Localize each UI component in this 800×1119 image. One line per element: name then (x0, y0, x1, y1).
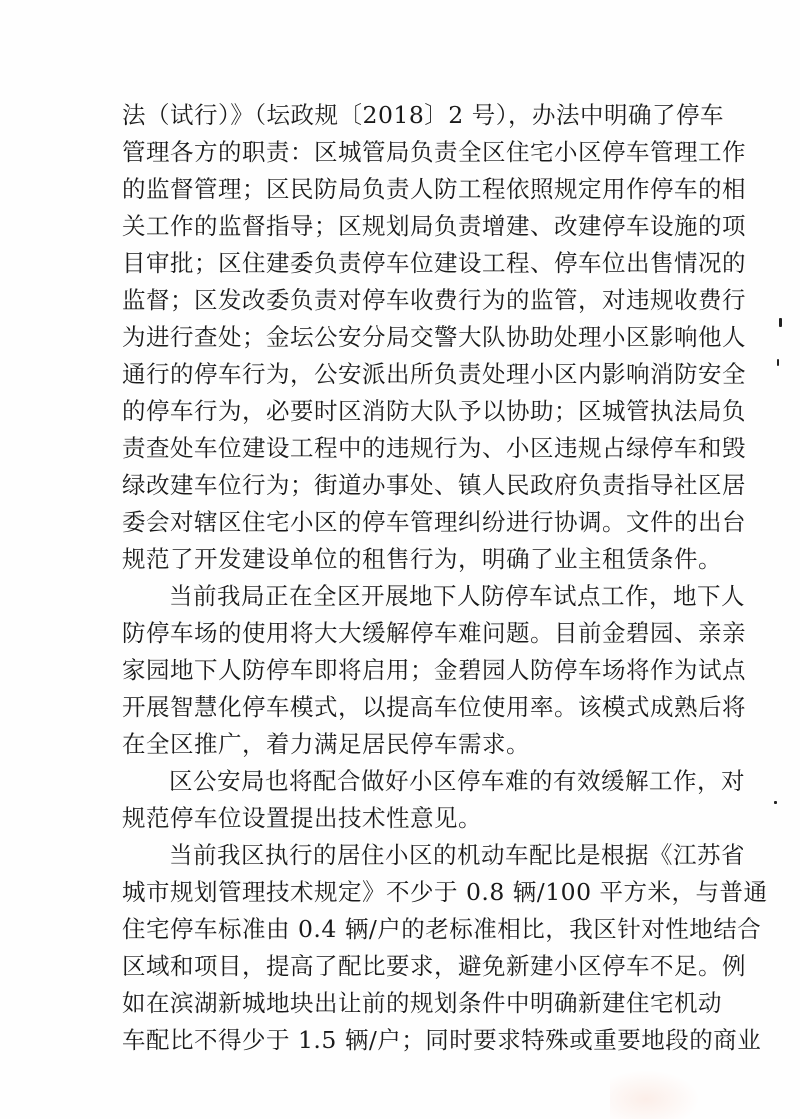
paragraph-start-line: 当前我局正在全区开展地下人防停车试点工作，地下人 (122, 578, 690, 615)
text-line: 城市规划管理技术规定》不少于 0.8 辆/100 平方米，与普通 (122, 874, 690, 911)
text-line: 规范了开发建设单位的租售行为，明确了业主租赁条件。 (122, 541, 690, 578)
text-line: 监督；区发改委负责对停车收费行为的监管，对违规收费行 (122, 282, 690, 319)
text-line: 如在滨湖新城地块出让前的规划条件中明确新建住宅机动 (122, 985, 690, 1022)
text-line: 在全区推广，着力满足居民停车需求。 (122, 726, 690, 763)
scan-stain (610, 1070, 700, 1119)
text-line: 住宅停车标准由 0.4 辆/户的老标准相比，我区针对性地结合 (122, 911, 690, 948)
scan-artifact-mark (777, 359, 779, 366)
text-line: 绿改建车位行为；街道办事处、镇人民政府负责指导社区居 (122, 467, 690, 504)
text-line: 管理各方的职责：区城管局负责全区住宅小区停车管理工作 (122, 134, 690, 171)
paragraph-start-line: 当前我区执行的居住小区的机动车配比是根据《江苏省 (122, 837, 690, 874)
text-line: 家园地下人防停车即将启用；金碧园人防停车场将作为试点 (122, 652, 690, 689)
text-line: 规范停车位设置提出技术性意见。 (122, 800, 690, 837)
text-line: 法（试行）》（坛政规〔2018〕2 号），办法中明确了停车 (122, 97, 690, 134)
text-line: 区域和项目，提高了配比要求，避免新建小区停车不足。例 (122, 948, 690, 985)
text-line: 委会对辖区住宅小区的停车管理纠纷进行协调。文件的出台 (122, 504, 690, 541)
text-line: 开展智慧化停车模式，以提高车位使用率。该模式成熟后将 (122, 689, 690, 726)
scan-artifact-mark (774, 801, 777, 804)
text-line: 的停车行为，必要时区消防大队予以协助；区城管执法局负 (122, 393, 690, 430)
text-line: 为进行查处；金坛公安分局交警大队协助处理小区影响他人 (122, 319, 690, 356)
text-line: 的监督管理；区民防局负责人防工程依照规定用作停车的相 (122, 171, 690, 208)
document-body: 法（试行）》（坛政规〔2018〕2 号），办法中明确了停车 管理各方的职责：区城… (122, 97, 690, 1059)
text-line: 通行的停车行为，公安派出所负责处理小区内影响消防安全 (122, 356, 690, 393)
text-line: 关工作的监督指导；区规划局负责增建、改建停车设施的项 (122, 208, 690, 245)
paragraph-start-line: 区公安局也将配合做好小区停车难的有效缓解工作，对 (122, 763, 690, 800)
scan-artifact-mark (779, 318, 782, 327)
text-line: 责查处车位建设工程中的违规行为、小区违规占绿停车和毁 (122, 430, 690, 467)
text-line: 目审批；区住建委负责停车位建设工程、停车位出售情况的 (122, 245, 690, 282)
scanned-document-page: 法（试行）》（坛政规〔2018〕2 号），办法中明确了停车 管理各方的职责：区城… (0, 0, 800, 1119)
text-line: 防停车场的使用将大大缓解停车难问题。目前金碧园、亲亲 (122, 615, 690, 652)
text-line: 车配比不得少于 1.5 辆/户；同时要求特殊或重要地段的商业 (122, 1022, 690, 1059)
